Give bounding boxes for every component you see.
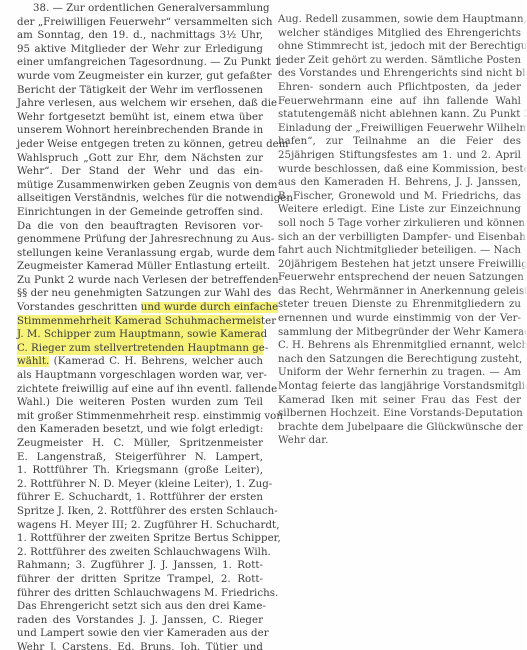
text-line: Wehr J. Carstens, Ed. Bruns, Joh. Tütjer… bbox=[17, 641, 263, 650]
text-line: wurde beschlossen, daß eine Kommission, … bbox=[278, 163, 521, 177]
text-line: führer E. Schuchardt, 1. Rottführer der … bbox=[17, 491, 263, 505]
text-line: das Recht, Wehrmänner in Anerkennung gel… bbox=[278, 285, 521, 299]
highlighted-text: wählt. bbox=[17, 356, 49, 367]
text-line: 2. Rottführer des zweiten Schlauchwagens… bbox=[17, 546, 263, 560]
text-line: 2. Rottführer N. D. Meyer (kleine Leiter… bbox=[17, 478, 263, 492]
text-line: Wehr fortgesetzt bemüht ist, einem etwa … bbox=[17, 111, 263, 125]
text-line: am Sonntag, den 19. d., nachmittags 3½ U… bbox=[17, 29, 263, 43]
text-line: 1. Rottführer Th. Kriegsmann (große Leit… bbox=[17, 464, 263, 478]
text-line: genommene Prüfung der Jahresrechnung zu … bbox=[17, 233, 263, 247]
text-line: soll noch 5 Tage vorher zirkulieren und … bbox=[278, 217, 521, 231]
text-line: §§ der neu genehmigten Satzungen zur Wah… bbox=[17, 287, 263, 301]
text-line: Einrichtungen in der Gemeinde getroffen … bbox=[17, 206, 263, 220]
plain-text: Vorstandes geschritten bbox=[17, 302, 141, 313]
text-line: C. H. Behrens als Ehrenmitglied ernannt,… bbox=[278, 339, 521, 353]
text-line: sammlung der Mitbegründer der Wehr Kamer… bbox=[278, 326, 521, 340]
text-line: Rahmann; 3. Zugführer J. J. Janssen, 1. … bbox=[17, 559, 263, 573]
highlighted-text-line: J. M. Schipper zum Hauptmann, sowie Kame… bbox=[17, 328, 263, 342]
text-line: der „Freiwilligen Feuerwehr“ versammelte… bbox=[17, 16, 263, 30]
text-line: stellungen keine Veranlassung ergab, wur… bbox=[17, 247, 263, 261]
text-line: Wahl.) Die weiteren Posten wurden zum Te… bbox=[17, 396, 263, 410]
text-line: sich an der verbilligten Dampfer- und Ei… bbox=[278, 231, 521, 245]
text-line: wagens H. Meyer III; 2. Zugführer H. Sch… bbox=[17, 519, 263, 533]
text-line: raden des Vorstandes J. J. Janssen, C. R… bbox=[17, 614, 263, 628]
text-line: 20jährigem Bestehen hat jetzt unsere Fre… bbox=[278, 258, 521, 272]
text-line: silbernen Hochzeit. Eine Vorstands-Deput… bbox=[278, 407, 521, 421]
text-line: 95 aktive Mitglieder der Wehr zur Erledi… bbox=[17, 43, 263, 57]
highlighted-text-line: C. Rieger zum stellvertretenden Hauptman… bbox=[17, 342, 263, 356]
text-line: Bericht der Tätigkeit der Wehr im verflo… bbox=[17, 84, 263, 98]
text-line: Da die von den beauftragten Revisoren vo… bbox=[17, 220, 263, 234]
text-line: nach den Satzungen die Berechtigung zust… bbox=[278, 353, 521, 367]
text-line: 38. — Zur ordentlichen Generalversammlun… bbox=[17, 2, 263, 16]
text-line: Wahlspruch „Gott zur Ehr, dem Nächsten z… bbox=[17, 152, 263, 166]
text-line: wählt. (Kamerad C. H. Behrens, welcher a… bbox=[17, 355, 263, 369]
text-line: wurde vom Zeugmeister ein kurzer, gut ge… bbox=[17, 70, 263, 84]
text-line: und Lampert sowie den vier Kameraden aus… bbox=[17, 627, 263, 641]
text-line: Das Ehrengericht setzt sich aus den drei… bbox=[17, 600, 263, 614]
text-line: Uniform der Wehr fernerhin zu tragen. — … bbox=[278, 366, 521, 380]
text-line: allseitigen Verständnis, welches für die… bbox=[17, 192, 263, 206]
text-line: Zeugmeister H. C. Müller, Spritzenmeiste… bbox=[17, 437, 263, 451]
text-line: Weitere erledigt. Eine Liste zur Einzeic… bbox=[278, 203, 521, 217]
text-line: hafen“, zur Teilnahme an die Feier des bbox=[278, 135, 521, 149]
highlighted-text: und wurde durch einfache bbox=[141, 302, 278, 313]
text-line: Ehren- sondern auch Pflichtposten, da je… bbox=[278, 81, 521, 95]
text-line: ernennen und wurde einstimmig von der Ve… bbox=[278, 312, 521, 326]
text-line: jeder Weise entgegen treten zu können, g… bbox=[17, 138, 263, 152]
text-line: Wehr“. Der Stand der Wehr und das ein- bbox=[17, 165, 263, 179]
text-line: statutengemäß nicht ablehnen kann. Zu Pu… bbox=[278, 108, 521, 122]
text-line: führer des dritten Schlauchwagens M. Fri… bbox=[17, 587, 263, 601]
highlighted-text-line: Stimmenmehrheit Kamerad Schuhmachermeist… bbox=[17, 315, 263, 329]
text-line: Wehr dar. bbox=[278, 434, 521, 448]
text-line: zichtete freiwillig auf eine auf ihn eve… bbox=[17, 383, 263, 397]
text-line: Jahre verlesen, aus welchem wir ersehen,… bbox=[17, 97, 263, 111]
text-line: steter treuen Dienste zu Ehrenmitglieder… bbox=[278, 298, 521, 312]
text-line: führer der dritten Spritze Trampel, 2. R… bbox=[17, 573, 263, 587]
left-column: 38. — Zur ordentlichen Generalversammlun… bbox=[17, 2, 263, 650]
text-line: Einladung der „Freiwilligen Feuerwehr Wi… bbox=[278, 122, 521, 136]
text-line: unserem Wohnort hereinbrechenden Brande … bbox=[17, 124, 263, 138]
right-column: Aug. Redell zusammen, sowie dem Hauptman… bbox=[278, 13, 521, 448]
text-line: 25jährigen Stiftungsfestes am 1. und 2. … bbox=[278, 149, 521, 163]
text-line: mütige Zusammenwirken geben Zeugnis von … bbox=[17, 179, 263, 193]
text-line: Spritze J. Iken, 2. Rottführer des erste… bbox=[17, 505, 263, 519]
text-line: Feuerwehrmann eine auf ihn fallende Wahl bbox=[278, 95, 521, 109]
highlighted-passage: Vorstandes geschritten und wurde durch e… bbox=[17, 301, 263, 369]
text-line: Vorstandes geschritten und wurde durch e… bbox=[17, 301, 263, 315]
text-line: Feuerwehr entsprechend der neuen Satzung… bbox=[278, 271, 521, 285]
text-line: welcher ständiges Mitglied des Ehrengeri… bbox=[278, 27, 521, 41]
text-line: als Hauptmann vorgeschlagen worden war, … bbox=[17, 369, 263, 383]
text-line: Kamerad Iken mit seiner Frau das Fest de… bbox=[278, 394, 521, 408]
text-line: aus den Kameraden H. Behrens, J. J. Jans… bbox=[278, 176, 521, 190]
text-line: den Kameraden besetzt, und wie folgt erl… bbox=[17, 423, 263, 437]
text-line: 1. Rottführer der zweiten Spritze Bertus… bbox=[17, 532, 263, 546]
page-edge-fade bbox=[521, 0, 527, 650]
text-line: ohne Stimmrecht ist, jedoch mit der Bere… bbox=[278, 40, 521, 54]
text-line: E. Langenstraß, Steigerführer N. Lampert… bbox=[17, 451, 263, 465]
text-line: Zeugmeister Kamerad Müller Entlastung er… bbox=[17, 260, 263, 274]
text-line: brachte dem Jubelpaare die Glückwünsche … bbox=[278, 421, 521, 435]
text-line: B. Fischer, Gronewold und M. Friedrichs,… bbox=[278, 190, 521, 204]
text-line: Aug. Redell zusammen, sowie dem Hauptman… bbox=[278, 13, 521, 27]
plain-text: (Kamerad C. H. Behrens, welcher auch bbox=[49, 356, 263, 367]
newspaper-clipping: 38. — Zur ordentlichen Generalversammlun… bbox=[0, 0, 527, 650]
text-line: des Vorstandes und Ehrengerichts sind ni… bbox=[278, 67, 521, 81]
text-line: mit großer Stimmenmehrheit resp. einstim… bbox=[17, 410, 263, 424]
text-line: Zu Punkt 2 wurde nach Verlesen der betre… bbox=[17, 274, 263, 288]
text-line: Montag feierte das langjährige Vorstands… bbox=[278, 380, 521, 394]
text-line: einer umfangreichen Tagesordnung. — Zu P… bbox=[17, 56, 263, 70]
text-line: fahrt auch Nichtmitglieder beteiligen. —… bbox=[278, 244, 521, 258]
text-line: jeder Zeit gehört zu werden. Sämtliche P… bbox=[278, 54, 521, 68]
